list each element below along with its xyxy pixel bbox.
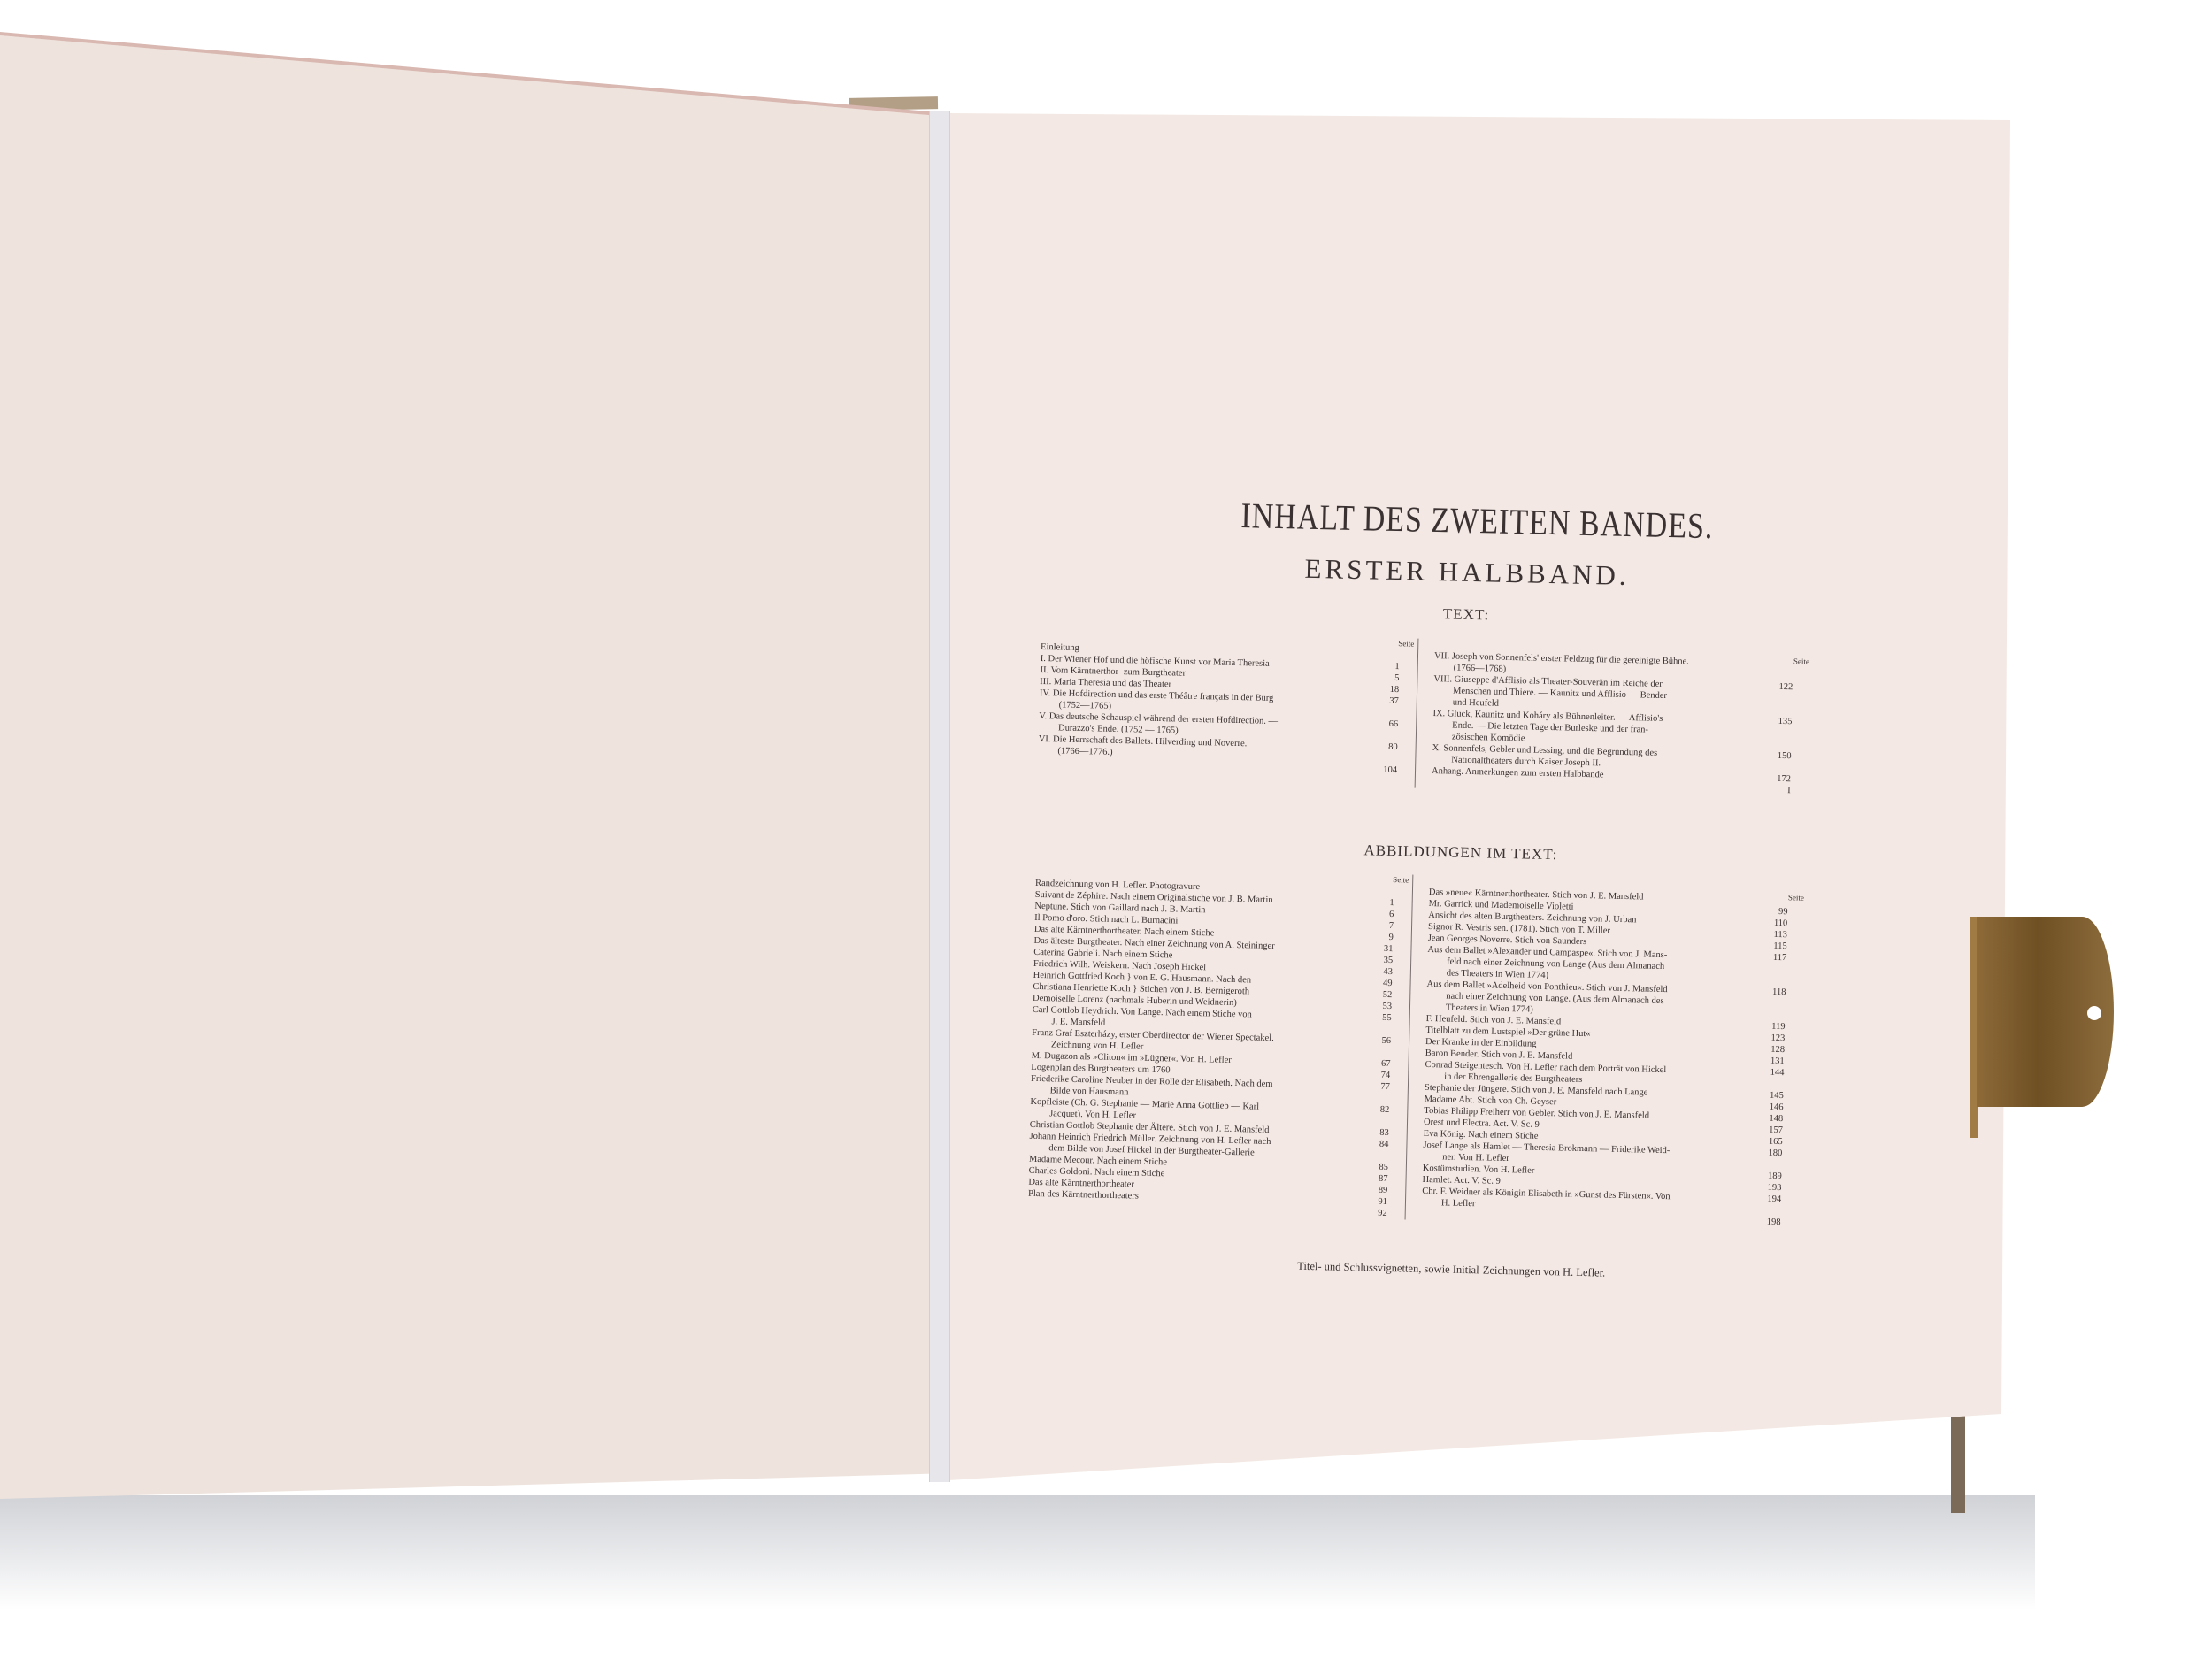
entry-page-number: 198	[1754, 1216, 1780, 1228]
entry-page-number: 157	[1756, 1124, 1783, 1136]
entry-page-number: 193	[1755, 1181, 1781, 1194]
entry-page-number: 144	[1757, 1066, 1784, 1079]
entry-page-number: 99	[1761, 906, 1787, 918]
entry-page-number: 165	[1755, 1135, 1782, 1148]
entry-page-number	[1760, 963, 1786, 975]
illustrations-contents: Seite Randzeichnung von H. Lefler. Photo…	[1028, 866, 1832, 1229]
entry-page-number: 67	[1363, 1057, 1390, 1070]
entry-page-number: 9	[1367, 931, 1394, 943]
entry-page-number: 87	[1361, 1172, 1387, 1185]
entry-page-number: 31	[1366, 942, 1393, 955]
illustrations-left-column: Seite Randzeichnung von H. Lefler. Photo…	[1028, 866, 1414, 1220]
entry-page-number	[1766, 693, 1793, 705]
entry-page-number: 194	[1755, 1193, 1781, 1205]
page-subtitle: ERSTER HALBBAND.	[1095, 548, 1839, 596]
entry-page-number: 80	[1371, 741, 1398, 753]
entry-page-number: 117	[1760, 951, 1786, 964]
entry-page-number	[1755, 1204, 1781, 1217]
entry-page-number: 89	[1361, 1184, 1387, 1196]
entry-page-number	[1363, 1092, 1389, 1104]
table-of-contents: INHALT DES ZWEITEN BANDES. ERSTER HALBBA…	[1026, 495, 1840, 1285]
entry-page-number: 7	[1367, 919, 1394, 932]
entry-page-number: 1	[1373, 660, 1400, 672]
entry-page-number	[1364, 1023, 1391, 1035]
page-label: Seite	[1398, 638, 1414, 649]
page-label: Seite	[1793, 656, 1809, 667]
entry-page-number: 82	[1363, 1103, 1389, 1116]
entry-page-number: 128	[1758, 1043, 1785, 1056]
entry-page-number	[1759, 997, 1786, 1010]
entry-page-number: 189	[1755, 1170, 1782, 1182]
entry-page-number: 135	[1765, 716, 1792, 728]
entry-page-number: 56	[1364, 1034, 1391, 1047]
clasp-hole	[2087, 1006, 2101, 1020]
entry-page-number: 148	[1756, 1112, 1783, 1125]
entry-page-number: 43	[1366, 965, 1393, 978]
entry-page-number	[1371, 706, 1398, 718]
text-contents-left-column: Seite EinleitungI. Der Wiener Hof und di…	[1038, 630, 1419, 788]
entry-page-number: 118	[1759, 986, 1786, 998]
entry-page-number	[1373, 649, 1400, 661]
entry-page-number: 115	[1761, 941, 1787, 953]
entry-page-number	[1767, 658, 1793, 671]
entry-page-number: 5	[1372, 672, 1399, 684]
page-label: Seite	[1393, 874, 1409, 886]
entry-page-number	[1368, 885, 1394, 897]
illustrations-section-heading: ABBILDUNGEN IM TEXT:	[1089, 835, 1832, 870]
entry-page-number	[1764, 762, 1791, 774]
text-section-heading: TEXT:	[1094, 597, 1838, 632]
entry-page-number	[1371, 752, 1397, 764]
entry-page-number: 119	[1758, 1020, 1785, 1033]
text-contents-right-column: Seite VII. Joseph von Sonnenfels' erster…	[1416, 639, 1798, 797]
entry-page-number: 145	[1757, 1089, 1784, 1102]
entry-page-number: 92	[1361, 1207, 1387, 1219]
entry-page-number	[1364, 1046, 1391, 1058]
entry-page-number: 104	[1371, 764, 1397, 776]
entry-page-number: 180	[1755, 1147, 1782, 1159]
entry-page-number: I	[1764, 785, 1791, 797]
entry-page-number: 6	[1367, 908, 1394, 920]
gutter-flyleaf-strip	[929, 111, 950, 1482]
entry-page-number: 146	[1756, 1101, 1783, 1113]
entry-page-number	[1371, 729, 1398, 741]
entry-page-number: 83	[1363, 1126, 1389, 1139]
entry-page-number	[1765, 727, 1792, 740]
entry-page-number	[1363, 1115, 1389, 1127]
entry-page-number: 122	[1766, 681, 1793, 694]
entry-page-number: 53	[1365, 1000, 1392, 1012]
entry-page-number	[1362, 1149, 1388, 1162]
illustrations-right-column: Seite Das »neue« Kärntnerthortheater. St…	[1406, 875, 1793, 1229]
entry-page-number: 150	[1764, 750, 1791, 763]
entry-page-number: 18	[1372, 683, 1399, 695]
entry-page-number	[1762, 895, 1788, 907]
entry-page-number: 49	[1365, 977, 1392, 989]
entry-page-number	[1759, 1009, 1786, 1021]
table-shadow	[0, 1495, 2035, 1610]
entry-page-number: 35	[1366, 954, 1393, 966]
entry-page-number: 113	[1761, 929, 1787, 941]
entry-page-number	[1760, 974, 1786, 987]
entry-page-number: 123	[1758, 1032, 1785, 1044]
entry-page-number	[1755, 1158, 1782, 1171]
entry-page-number	[1766, 704, 1793, 717]
page-label: Seite	[1788, 892, 1804, 903]
left-blank-page	[0, 0, 956, 1504]
entry-page-number: 172	[1764, 773, 1791, 786]
entry-page-number: 131	[1758, 1055, 1785, 1067]
entry-page-number: 85	[1362, 1161, 1388, 1173]
entry-page-number: 52	[1365, 988, 1392, 1001]
entry-page-number	[1766, 670, 1793, 682]
entry-page-number: 91	[1361, 1195, 1387, 1208]
entry-page-number: 66	[1371, 718, 1398, 730]
text-contents: Seite EinleitungI. Der Wiener Hof und di…	[1038, 630, 1838, 797]
entry-page-number: 1	[1368, 896, 1394, 909]
entry-page-number: 37	[1372, 695, 1399, 707]
entry-page-number	[1765, 739, 1792, 751]
entry-page-number: 84	[1362, 1138, 1388, 1150]
entry-page-number: 55	[1365, 1011, 1392, 1024]
entry-page-number: 77	[1363, 1080, 1390, 1093]
entry-page-number: 74	[1363, 1069, 1390, 1081]
entry-page-number: 110	[1761, 918, 1787, 930]
entry-page-number	[1757, 1078, 1784, 1090]
